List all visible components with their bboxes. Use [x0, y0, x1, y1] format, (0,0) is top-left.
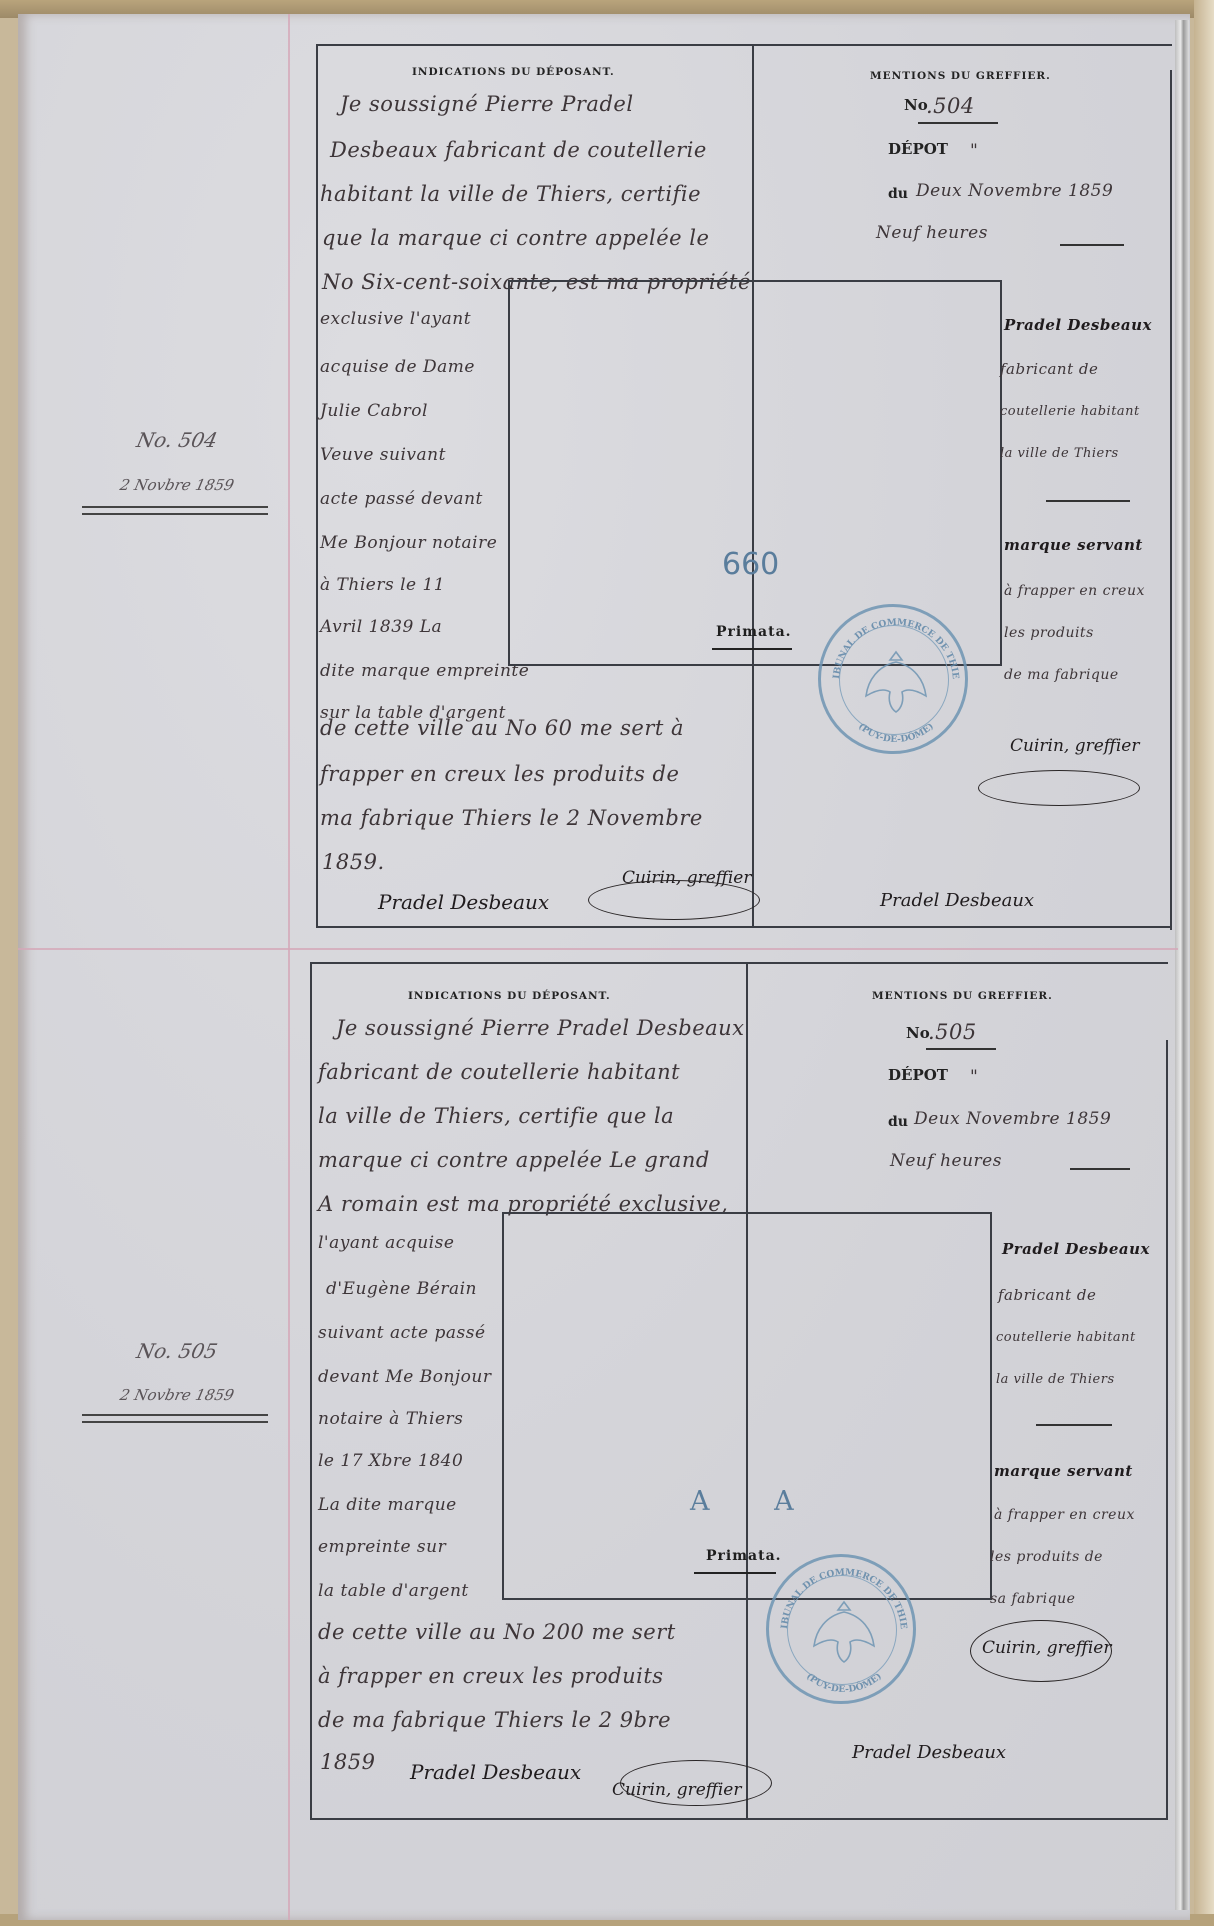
- greffier-note: de ma fabrique: [1004, 656, 1119, 695]
- depositor-signature: Pradel Desbeaux: [410, 1760, 581, 1784]
- greffier-note: la ville de Thiers: [1000, 434, 1119, 473]
- deposit-time: Neuf heures: [890, 1142, 1002, 1181]
- deposant-line: le 17 Xbre 1840: [318, 1442, 463, 1481]
- svg-text:(PUY-DE-DÔME): (PUY-DE-DÔME): [804, 1671, 884, 1695]
- depot-label: DÉPOT: [888, 1066, 948, 1084]
- eagle-emblem-icon: TRIBUNAL DE COMMERCE DE THIERS (PUY-DE-D…: [821, 607, 971, 757]
- ledger-number: No. 504: [79, 425, 275, 455]
- greffier-note: à frapper en creux: [994, 1496, 1135, 1535]
- eagle-emblem-icon: TRIBUNAL DE COMMERCE DE THIERS (PUY-DE-D…: [769, 1557, 919, 1707]
- svg-text:TRIBUNAL DE COMMERCE DE THIERS: TRIBUNAL DE COMMERCE DE THIERS: [821, 607, 960, 680]
- greffier-note: les produits: [1004, 614, 1094, 653]
- ledger-date: 2 Novbre 1859: [79, 1380, 275, 1410]
- deposant-line: ma fabrique Thiers le 2 Novembre: [320, 796, 703, 840]
- deposant-line: frapper en creux les produits de: [320, 752, 679, 796]
- deposant-line: suivant acte passé: [318, 1314, 486, 1353]
- ledger-date: 2 Novbre 1859: [79, 470, 275, 500]
- greffier-note: la ville de Thiers: [996, 1360, 1115, 1399]
- deposant-line: l'ayant acquise: [318, 1224, 454, 1263]
- deposant-line: notaire à Thiers: [318, 1400, 463, 1439]
- notes-divider: [1046, 500, 1130, 502]
- notes-divider: [1036, 1424, 1112, 1426]
- deposant-line: de ma fabrique Thiers le 2 9bre: [318, 1698, 671, 1742]
- signature-paraph: [970, 1620, 1112, 1682]
- deposant-line: fabricant de coutellerie habitant: [318, 1050, 680, 1094]
- deposant-line: empreinte sur: [318, 1528, 446, 1567]
- deposant-line: Avril 1839 La: [320, 608, 442, 647]
- greffier-note: fabricant de: [998, 1276, 1096, 1315]
- greffier-header: MENTIONS DU GREFFIER.: [872, 990, 1053, 1002]
- greffier-note: les produits de: [990, 1538, 1103, 1577]
- greffier-note: Pradel Desbeaux: [1002, 1230, 1150, 1269]
- deposant-line: la table d'argent: [318, 1572, 469, 1611]
- deposant-line: 1859: [320, 1740, 375, 1784]
- deposit-time: Neuf heures: [876, 214, 988, 253]
- margin-rule-horizontal: [18, 948, 1178, 950]
- number-underline: [926, 1048, 996, 1050]
- deposant-line: à Thiers le 11: [320, 566, 445, 605]
- du-label: du: [888, 1114, 908, 1130]
- number-label: No: [904, 96, 928, 114]
- deposant-line: devant Me Bonjour: [318, 1358, 492, 1397]
- deposit-date: Deux Novembre 1859: [916, 172, 1113, 211]
- page-stack-edge: [1175, 20, 1189, 1910]
- tribunal-stamp: TRIBUNAL DE COMMERCE DE THIERS (PUY-DE-D…: [766, 1554, 916, 1704]
- greffier-header: MENTIONS DU GREFFIER.: [870, 70, 1051, 82]
- caption-underline: [694, 1572, 776, 1574]
- greffier-note: marque servant: [1004, 526, 1143, 565]
- time-rule: [1060, 244, 1124, 246]
- form-right-border: [1166, 1040, 1168, 1820]
- greffier-note: marque servant: [994, 1452, 1133, 1491]
- depot-label: DÉPOT: [888, 140, 948, 158]
- deposant-line: Desbeaux fabricant de coutellerie: [330, 128, 707, 172]
- svg-text:(PUY-DE-DÔME): (PUY-DE-DÔME): [856, 721, 936, 745]
- ledger-number: No. 505: [79, 1336, 275, 1366]
- depot-mark: ": [970, 1058, 978, 1097]
- depositor-signature: Pradel Desbeaux: [378, 890, 549, 914]
- deposant-line: Me Bonjour notaire: [320, 524, 497, 563]
- deposant-line: Je soussigné Pierre Pradel Desbeaux: [336, 1006, 745, 1050]
- deposant-line: Veuve suivant: [320, 436, 446, 475]
- greffier-signature: Cuirin, greffier: [1010, 736, 1139, 756]
- ledger-double-rule: [82, 506, 268, 515]
- deposant-line: Je soussigné Pierre Pradel: [340, 82, 634, 126]
- deposant-header: INDICATIONS DU DÉPOSANT.: [408, 990, 611, 1002]
- archive-box-right-edge: [1194, 0, 1214, 1926]
- deposant-line: La dite marque: [318, 1486, 457, 1525]
- number-label: No: [906, 1024, 930, 1042]
- trademark-box: [502, 1212, 992, 1600]
- greffier-note: sa fabrique: [990, 1580, 1075, 1619]
- signature-paraph: [620, 1760, 772, 1806]
- margin-rule-vertical: [288, 14, 290, 1920]
- deposant-line: acquise de Dame: [320, 348, 475, 387]
- depositor-signature: Pradel Desbeaux: [880, 890, 1034, 911]
- deposant-line: la ville de Thiers, certifie que la: [318, 1094, 674, 1138]
- deposant-line: d'Eugène Bérain: [326, 1270, 477, 1309]
- deposant-header: INDICATIONS DU DÉPOSANT.: [412, 66, 615, 78]
- trademark-value: 660: [722, 547, 779, 582]
- greffier-note: coutellerie habitant: [996, 1318, 1136, 1357]
- deposant-line: dite marque empreinte: [320, 652, 529, 691]
- deposant-line: acte passé devant: [320, 480, 483, 519]
- deposant-line: exclusive l'ayant: [320, 300, 471, 339]
- mark-caption: Primata.: [716, 624, 792, 640]
- greffier-note: fabricant de: [1000, 350, 1098, 389]
- deposant-line: de cette ville au No 60 me sert à: [320, 706, 684, 750]
- deposant-line: marque ci contre appelée Le grand: [318, 1138, 710, 1182]
- deposant-line: que la marque ci contre appelée le: [322, 216, 709, 260]
- ledger-double-rule: [82, 1414, 268, 1423]
- signature-paraph: [978, 770, 1140, 806]
- du-label: du: [888, 186, 908, 202]
- depositor-signature: Pradel Desbeaux: [852, 1742, 1006, 1763]
- time-rule: [1070, 1168, 1130, 1170]
- number-underline: [918, 122, 998, 124]
- deposant-line: 1859.: [322, 840, 385, 884]
- tribunal-stamp: TRIBUNAL DE COMMERCE DE THIERS (PUY-DE-D…: [818, 604, 968, 754]
- deposit-date: Deux Novembre 1859: [914, 1100, 1111, 1139]
- greffier-note: Pradel Desbeaux: [1004, 306, 1152, 345]
- trademark-value: A A: [690, 1486, 822, 1517]
- deposant-line: de cette ville au No 200 me sert: [318, 1610, 676, 1654]
- greffier-note: coutellerie habitant: [1000, 392, 1140, 431]
- greffier-note: à frapper en creux: [1004, 572, 1145, 611]
- caption-underline: [712, 648, 792, 650]
- svg-text:TRIBUNAL DE COMMERCE DE THIERS: TRIBUNAL DE COMMERCE DE THIERS: [769, 1557, 908, 1630]
- deposant-line: Julie Cabrol: [320, 392, 428, 431]
- deposant-line: habitant la ville de Thiers, certifie: [320, 172, 701, 216]
- depot-mark: ": [970, 132, 978, 171]
- signature-paraph: [588, 880, 760, 920]
- deposant-line: à frapper en creux les produits: [318, 1654, 664, 1698]
- form-right-border: [1170, 70, 1172, 930]
